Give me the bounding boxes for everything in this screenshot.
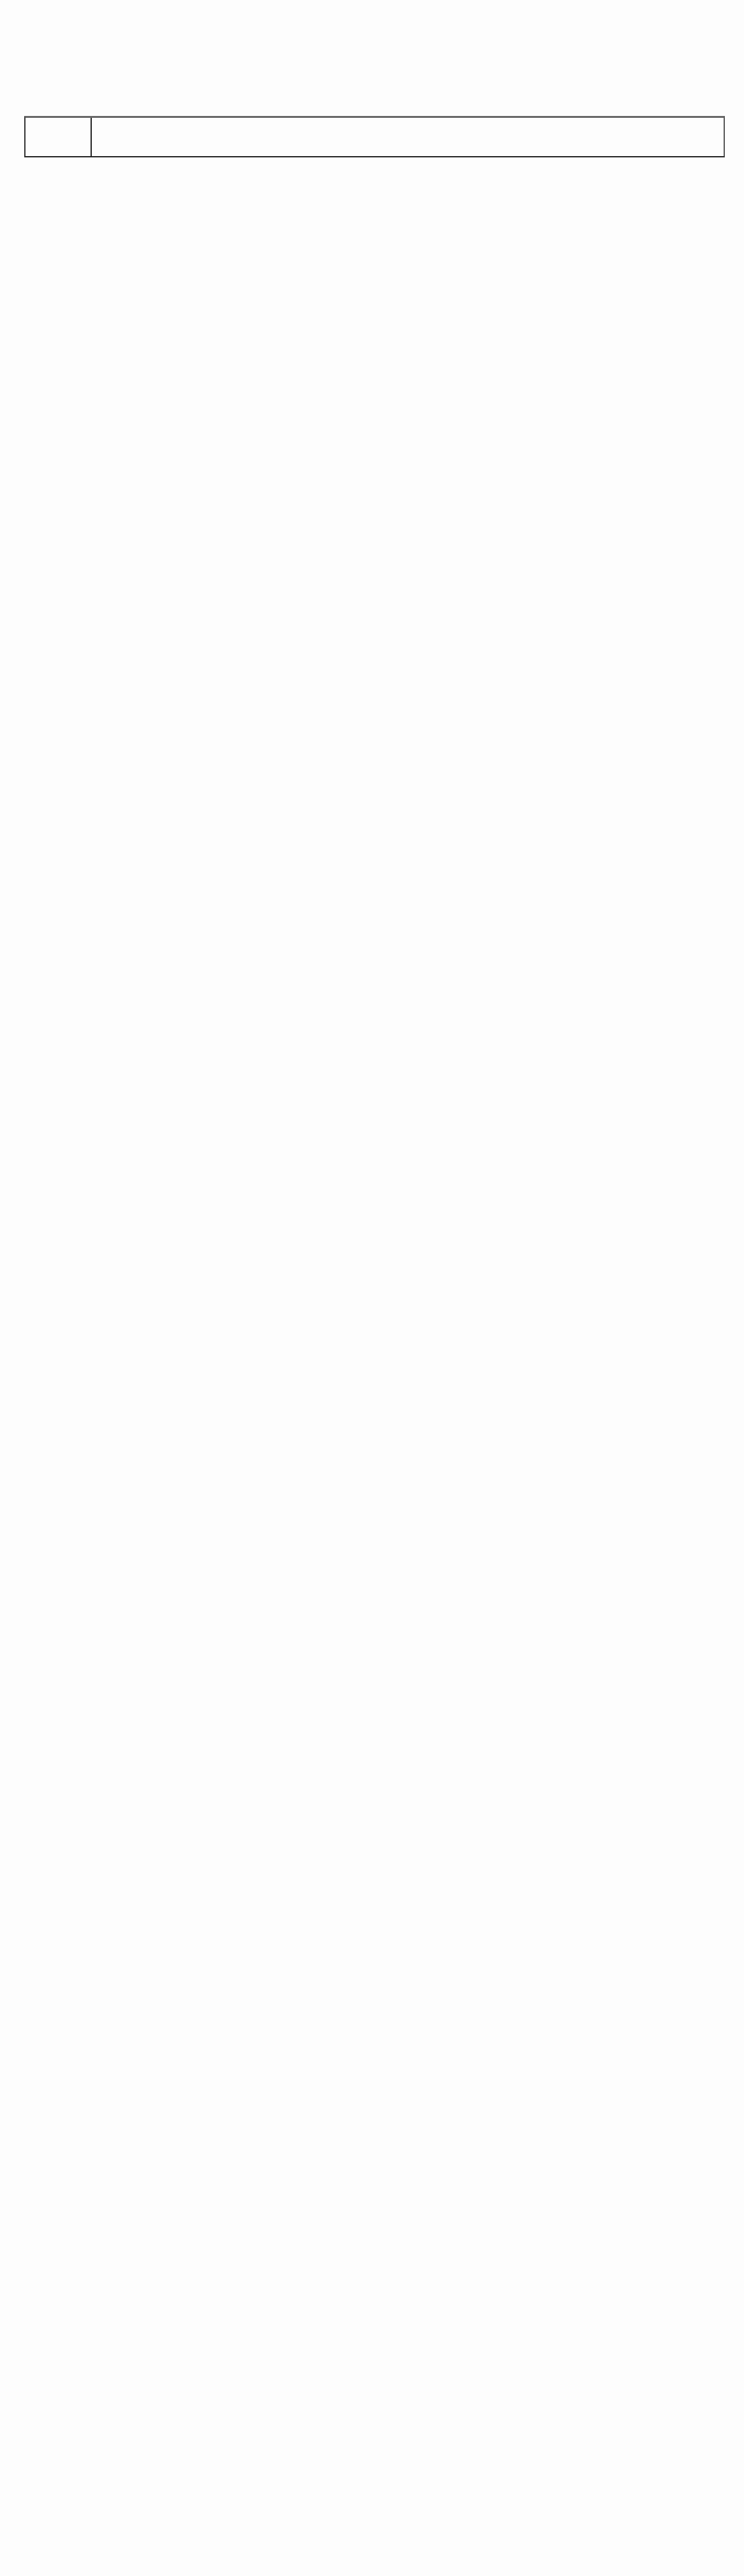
question-row-2009-box <box>24 116 725 157</box>
question-content <box>93 118 724 156</box>
page-1 <box>0 0 744 1060</box>
year-label <box>26 118 92 156</box>
